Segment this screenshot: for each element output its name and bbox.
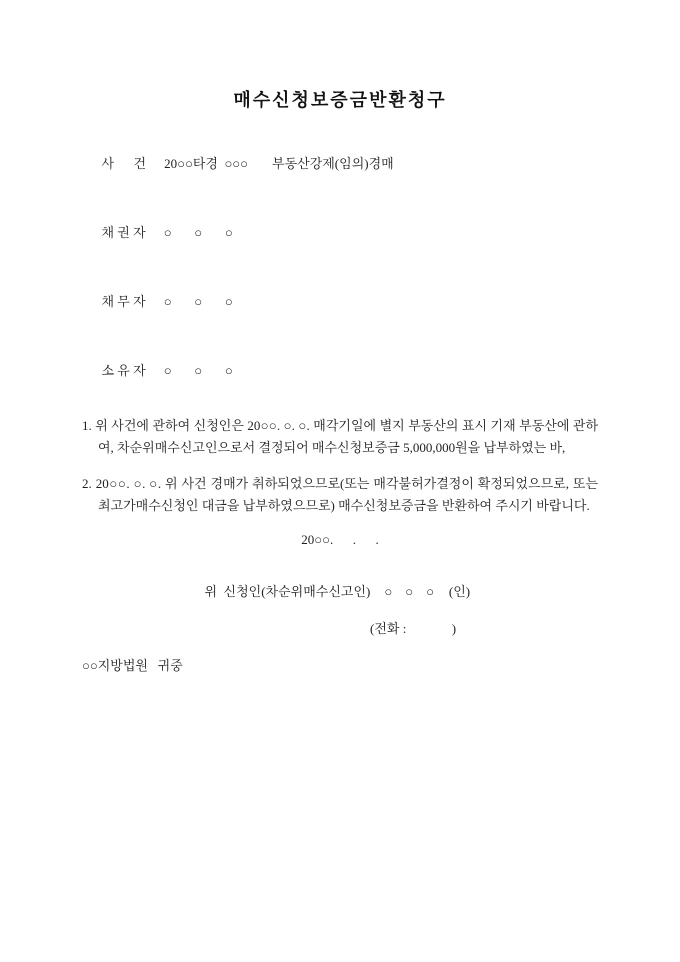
phone-line: (전화 : ) [370, 622, 598, 636]
paragraph-2-text: 20○○. ○. ○. 위 사건 경매가 취하되었으므로(또는 매각불허가결정이… [96, 476, 598, 513]
debtor-row: 채 무 자○ ○ ○ [82, 281, 598, 323]
date-line: 20○○. . . [82, 533, 598, 547]
paragraph-1: 1. 위 사건에 관하여 신청인은 20○○. ○. ○. 매각기일에 별지 부… [82, 415, 598, 459]
owner-row: 소 유 자○ ○ ○ [82, 350, 598, 392]
creditor-name: ○ ○ ○ [164, 225, 233, 240]
paragraph-1-text: 위 사건에 관하여 신청인은 20○○. ○. ○. 매각기일에 별지 부동산의… [95, 418, 598, 455]
case-type: 부동산강제(임의)경매 [272, 156, 394, 171]
applicant-name: ○ ○ ○ [384, 584, 434, 599]
case-line: 사 건20○○타경 ○○○부동산강제(임의)경매 [82, 143, 598, 185]
creditor-label: 채 권 자 [102, 226, 146, 240]
recipient-line: ○○지방법원 귀중 [82, 659, 598, 673]
case-number: 20○○타경 ○○○ [164, 156, 248, 171]
document-page: 매수신청보증금반환청구 사 건20○○타경 ○○○부동산강제(임의)경매 채 권… [0, 0, 680, 962]
paragraph-1-number: 1. [82, 418, 92, 433]
paragraph-2: 2. 20○○. ○. ○. 위 사건 경매가 취하되었으므로(또는 매각불허가… [82, 473, 598, 517]
signature-line: 위 신청인(차순위매수신고인)○ ○ ○(인) [185, 571, 598, 613]
debtor-label: 채 무 자 [102, 295, 146, 309]
owner-name: ○ ○ ○ [164, 363, 233, 378]
document-content: 매수신청보증금반환청구 사 건20○○타경 ○○○부동산강제(임의)경매 채 권… [82, 0, 598, 673]
applicant-label: 위 신청인(차순위매수신고인) [205, 584, 371, 599]
debtor-name: ○ ○ ○ [164, 294, 233, 309]
seal-mark: (인) [449, 584, 470, 599]
document-title: 매수신청보증금반환청구 [82, 90, 598, 111]
case-label: 사 건 [102, 157, 147, 171]
paragraph-2-number: 2. [82, 476, 92, 491]
owner-label: 소 유 자 [102, 364, 146, 378]
creditor-row: 채 권 자○ ○ ○ [82, 212, 598, 254]
